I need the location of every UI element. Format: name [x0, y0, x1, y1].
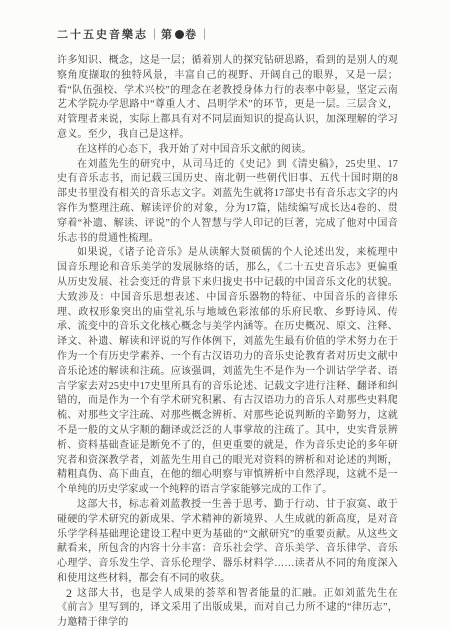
body-paragraph: 这部大书，标志着刘蓝教授一生善于思考、勤于行动、甘于寂寞、敢于碰硬的学术研究的新…	[57, 498, 398, 587]
body-paragraph: 在这样的心态下，我开始了对中国音乐文献的阅读。	[57, 143, 398, 158]
body-paragraph: 如果说，《诸子论音乐》是从读解大贤硕儒的个人论述出发，来梳理中国音乐理论和音乐美…	[57, 246, 398, 498]
header-volume-suffix: 卷	[185, 26, 198, 42]
page-body-text: 许多知识、概念，这是一层；循着别人的探究钻研思路，看到的是别人的观察角度撷取的独…	[57, 54, 398, 629]
volume-number-badge-icon	[175, 30, 184, 39]
header-trailing-separator: ｜	[199, 26, 210, 42]
body-paragraph: 许多知识、概念，这是一层；循着别人的探究钻研思路，看到的是别人的观察角度撷取的独…	[57, 54, 398, 143]
body-paragraph: 在刘蓝先生的研究中，从司马迁的《史记》到《清史稿》，25史里、17史有音乐志书，…	[57, 158, 398, 247]
running-header: 二十五史音樂志 ｜ 第 卷 ｜	[57, 27, 211, 41]
header-book-title: 二十五史音樂志	[57, 26, 148, 42]
header-separator: ｜	[149, 26, 160, 42]
body-paragraph: 这部大书，也是学人成果的荟萃和智者能量的汇融。正如刘蓝先生在《前言》里写到的，译…	[57, 587, 398, 629]
page-number: 2	[66, 586, 72, 601]
book-page: 二十五史音樂志 ｜ 第 卷 ｜ 许多知识、概念，这是一层；循着别人的探究钻研思路…	[0, 0, 450, 629]
header-volume-prefix: 第	[161, 26, 174, 42]
